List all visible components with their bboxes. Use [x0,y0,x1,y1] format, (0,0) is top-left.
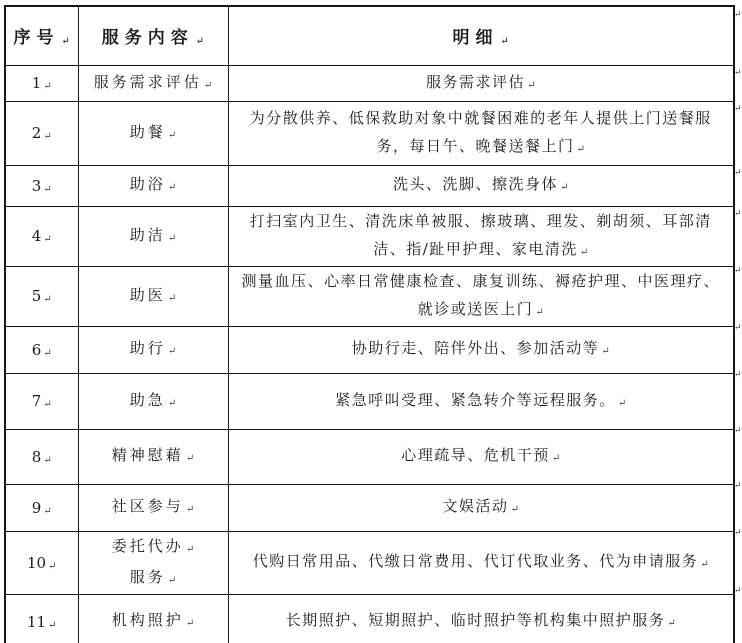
header-label-detail: 明细 [453,28,499,48]
paragraph-mark-icon: ↵ [204,80,212,91]
paragraph-mark-icon: ↵ [168,293,176,304]
cell-detail: 长期照护、短期照护、临时照护等机构集中照护服务↵ [228,594,734,643]
row-end-mark-icon: ↵ [734,482,742,491]
row-end-mark-icon: ↵ [734,427,742,436]
detail-text: 长期照护、短期照护、临时照护等机构集中照护服务 [286,611,666,629]
table-row: 8↵ 精神慰藉↵ 心理疏导、危机干预↵ [5,429,734,484]
row-end-mark-icon: ↵ [734,529,742,538]
service-name: 社区参与 [112,497,184,515]
table-row: 6↵ 助行↵ 协助行走、陪伴外出、参加活动等↵ [5,326,734,373]
cell-detail: 协助行走、陪伴外出、参加活动等↵ [228,326,734,373]
cell-detail: 紧急呼叫受理、紧急转介等远程服务。↵ [228,373,734,429]
cell-no: 9↵ [5,484,78,531]
cell-service: 助浴↵ [78,165,228,206]
cell-detail: 洗头、洗脚、擦洗身体↵ [228,165,734,206]
row-end-mark-icon: ↵ [734,105,742,114]
cell-service: 机构照护↵ [78,594,228,643]
table-row: 7↵ 助急↵ 紧急呼叫受理、紧急转介等远程服务。↵ [5,373,734,429]
row-number: 2 [32,124,42,142]
row-end-mark-icon: ↵ [734,69,742,78]
paragraph-mark-icon: ↵ [168,233,176,244]
cell-service: 助急↵ [78,373,228,429]
cell-no: 3↵ [5,165,78,206]
cell-service: 助行↵ [78,326,228,373]
document-page: 序号↵ 服务内容↵ 明细↵ 1↵ 服务需求评估↵ 服务需求评估↵ 2↵ 助餐↵ … [0,0,742,643]
paragraph-mark-icon: ↵ [48,620,56,631]
detail-text: 为分散供养、低保救助对象中就餐困难的老年人提供上门送餐服 务，每日午、晚餐送餐上… [250,109,712,155]
service-name-line: 服务↵ [79,563,228,594]
cell-no: 11↵ [5,594,78,643]
cell-service: 服务需求评估↵ [78,65,228,101]
paragraph-mark-icon: ↵ [43,399,51,410]
detail-text: 服务需求评估 [426,73,525,91]
paragraph-mark-icon: ↵ [511,504,519,515]
cell-service: 精神慰藉↵ [78,429,228,484]
row-number: 11 [27,613,46,631]
paragraph-mark-icon: ↵ [667,618,675,629]
cell-service: 助洁↵ [78,206,228,266]
cell-no: 1↵ [5,65,78,101]
paragraph-mark-icon: ↵ [168,398,176,409]
detail-text: 代购日常用品、代缴日常费用、代订代取业务、代为申请服务 [253,552,699,570]
row-number: 4 [32,227,42,245]
cell-no: 8↵ [5,429,78,484]
header-label-no: 序号 [14,28,60,48]
paragraph-mark-icon: ↵ [168,182,176,193]
paragraph-mark-icon: ↵ [43,294,51,305]
row-number: 6 [32,341,42,359]
cell-no: 2↵ [5,101,78,165]
cell-detail: 心理疏导、危机干预↵ [228,429,734,484]
service-name: 助浴 [130,175,166,193]
cell-detail: 为分散供养、低保救助对象中就餐困难的老年人提供上门送餐服 务，每日午、晚餐送餐上… [228,101,734,165]
paragraph-mark-icon: ↵ [43,506,51,517]
paragraph-mark-icon: ↵ [186,618,194,629]
service-name: 服务需求评估 [94,73,202,91]
paragraph-mark-icon: ↵ [186,544,194,555]
service-name: 精神慰藉 [112,446,184,464]
paragraph-mark-icon: ↵ [552,453,560,464]
row-end-mark-icon: ↵ [734,11,742,20]
row-end-mark-icon: ↵ [734,210,742,219]
cell-service: 助医↵ [78,266,228,326]
header-cell-no: 序号↵ [5,6,78,65]
service-name: 助急 [130,391,166,409]
paragraph-mark-icon: ↵ [186,504,194,515]
paragraph-mark-icon: ↵ [43,184,51,195]
table-row: 10↵ 委托代办↵ 服务↵ 代购日常用品、代缴日常费用、代订代取业务、代为申请服… [5,531,734,594]
row-end-mark-icon: ↵ [734,267,742,276]
paragraph-mark-icon: ↵ [168,130,176,141]
paragraph-mark-icon: ↵ [168,575,176,586]
service-name-line: 委托代办↵ [79,532,228,563]
paragraph-mark-icon: ↵ [601,346,609,357]
row-number: 7 [32,392,42,410]
header-cell-service: 服务内容↵ [78,6,228,65]
paragraph-mark-icon: ↵ [43,348,51,359]
service-table: 序号↵ 服务内容↵ 明细↵ 1↵ 服务需求评估↵ 服务需求评估↵ 2↵ 助餐↵ … [4,5,735,643]
cell-no: 7↵ [5,373,78,429]
row-number: 1 [32,74,42,92]
cell-service: 委托代办↵ 服务↵ [78,531,228,594]
detail-text: 心理疏导、危机干预 [401,446,550,464]
service-name: 机构照护 [112,611,184,629]
paragraph-mark-icon: ↵ [186,453,194,464]
table-row: 1↵ 服务需求评估↵ 服务需求评估↵ [5,65,734,101]
service-name: 助餐 [130,123,166,141]
cell-detail: 代购日常用品、代缴日常费用、代订代取业务、代为申请服务↵ [228,531,734,594]
cell-detail: 打扫室内卫生、清洗床单被服、擦玻璃、理发、剃胡须、耳部清 洁、指/趾甲护理、家电… [228,206,734,266]
row-number: 10 [27,554,46,572]
table-row: 9↵ 社区参与↵ 文娱活动↵ [5,484,734,531]
header-label-service: 服务内容 [102,28,194,48]
paragraph-mark-icon: ↵ [580,247,588,258]
cell-no: 5↵ [5,266,78,326]
cell-service: 社区参与↵ [78,484,228,531]
cell-no: 10↵ [5,531,78,594]
cell-detail: 文娱活动↵ [228,484,734,531]
table-row: 4↵ 助洁↵ 打扫室内卫生、清洗床单被服、擦玻璃、理发、剃胡须、耳部清 洁、指/… [5,206,734,266]
service-name: 委托代办 [112,537,184,555]
row-number: 5 [32,287,42,305]
row-end-mark-icon: ↵ [734,587,742,596]
row-end-mark-icon: ↵ [734,169,742,178]
paragraph-mark-icon: ↵ [618,398,626,409]
paragraph-mark-icon: ↵ [43,131,51,142]
row-number: 9 [32,499,42,517]
paragraph-mark-icon: ↵ [43,455,51,466]
row-end-mark-icon: ↵ [734,371,742,380]
service-name: 服务 [130,568,166,586]
detail-text: 紧急呼叫受理、紧急转介等远程服务。 [335,391,616,409]
row-end-mark-icon: ↵ [734,324,742,333]
cell-no: 6↵ [5,326,78,373]
detail-text: 文娱活动 [443,497,509,515]
paragraph-mark-icon: ↵ [168,346,176,357]
detail-text: 测量血压、心率日常健康检查、康复训练、褥疮护理、中医理疗、 就诊或送医上门 [241,272,720,318]
table-row: 5↵ 助医↵ 测量血压、心率日常健康检查、康复训练、褥疮护理、中医理疗、 就诊或… [5,266,734,326]
detail-text: 协助行走、陪伴外出、参加活动等 [352,339,600,357]
row-number: 3 [32,177,42,195]
paragraph-mark-icon: ↵ [48,561,56,572]
paragraph-mark-icon: ↵ [535,307,543,318]
paragraph-mark-icon: ↵ [196,36,204,47]
table-row: 2↵ 助餐↵ 为分散供养、低保救助对象中就餐困难的老年人提供上门送餐服 务，每日… [5,101,734,165]
table-header-row: 序号↵ 服务内容↵ 明细↵ [5,6,734,65]
row-number: 8 [32,448,42,466]
paragraph-mark-icon: ↵ [560,182,568,193]
paragraph-mark-icon: ↵ [527,80,535,91]
detail-text: 打扫室内卫生、清洗床单被服、擦玻璃、理发、剃胡须、耳部清 洁、指/趾甲护理、家电… [250,212,712,258]
cell-no: 4↵ [5,206,78,266]
header-cell-detail: 明细↵ [228,6,734,65]
paragraph-mark-icon: ↵ [43,81,51,92]
service-name: 助医 [130,286,166,304]
paragraph-mark-icon: ↵ [43,234,51,245]
service-name: 助洁 [130,226,166,244]
cell-detail: 服务需求评估↵ [228,65,734,101]
detail-text: 洗头、洗脚、擦洗身体 [393,175,558,193]
cell-detail: 测量血压、心率日常健康检查、康复训练、褥疮护理、中医理疗、 就诊或送医上门↵ [228,266,734,326]
paragraph-mark-icon: ↵ [577,144,585,155]
paragraph-mark-icon: ↵ [62,36,70,47]
paragraph-mark-icon: ↵ [700,559,708,570]
table-row: 3↵ 助浴↵ 洗头、洗脚、擦洗身体↵ [5,165,734,206]
table-row: 11↵ 机构照护↵ 长期照护、短期照护、临时照护等机构集中照护服务↵ [5,594,734,643]
cell-service: 助餐↵ [78,101,228,165]
paragraph-mark-icon: ↵ [501,36,509,47]
service-name: 助行 [130,339,166,357]
